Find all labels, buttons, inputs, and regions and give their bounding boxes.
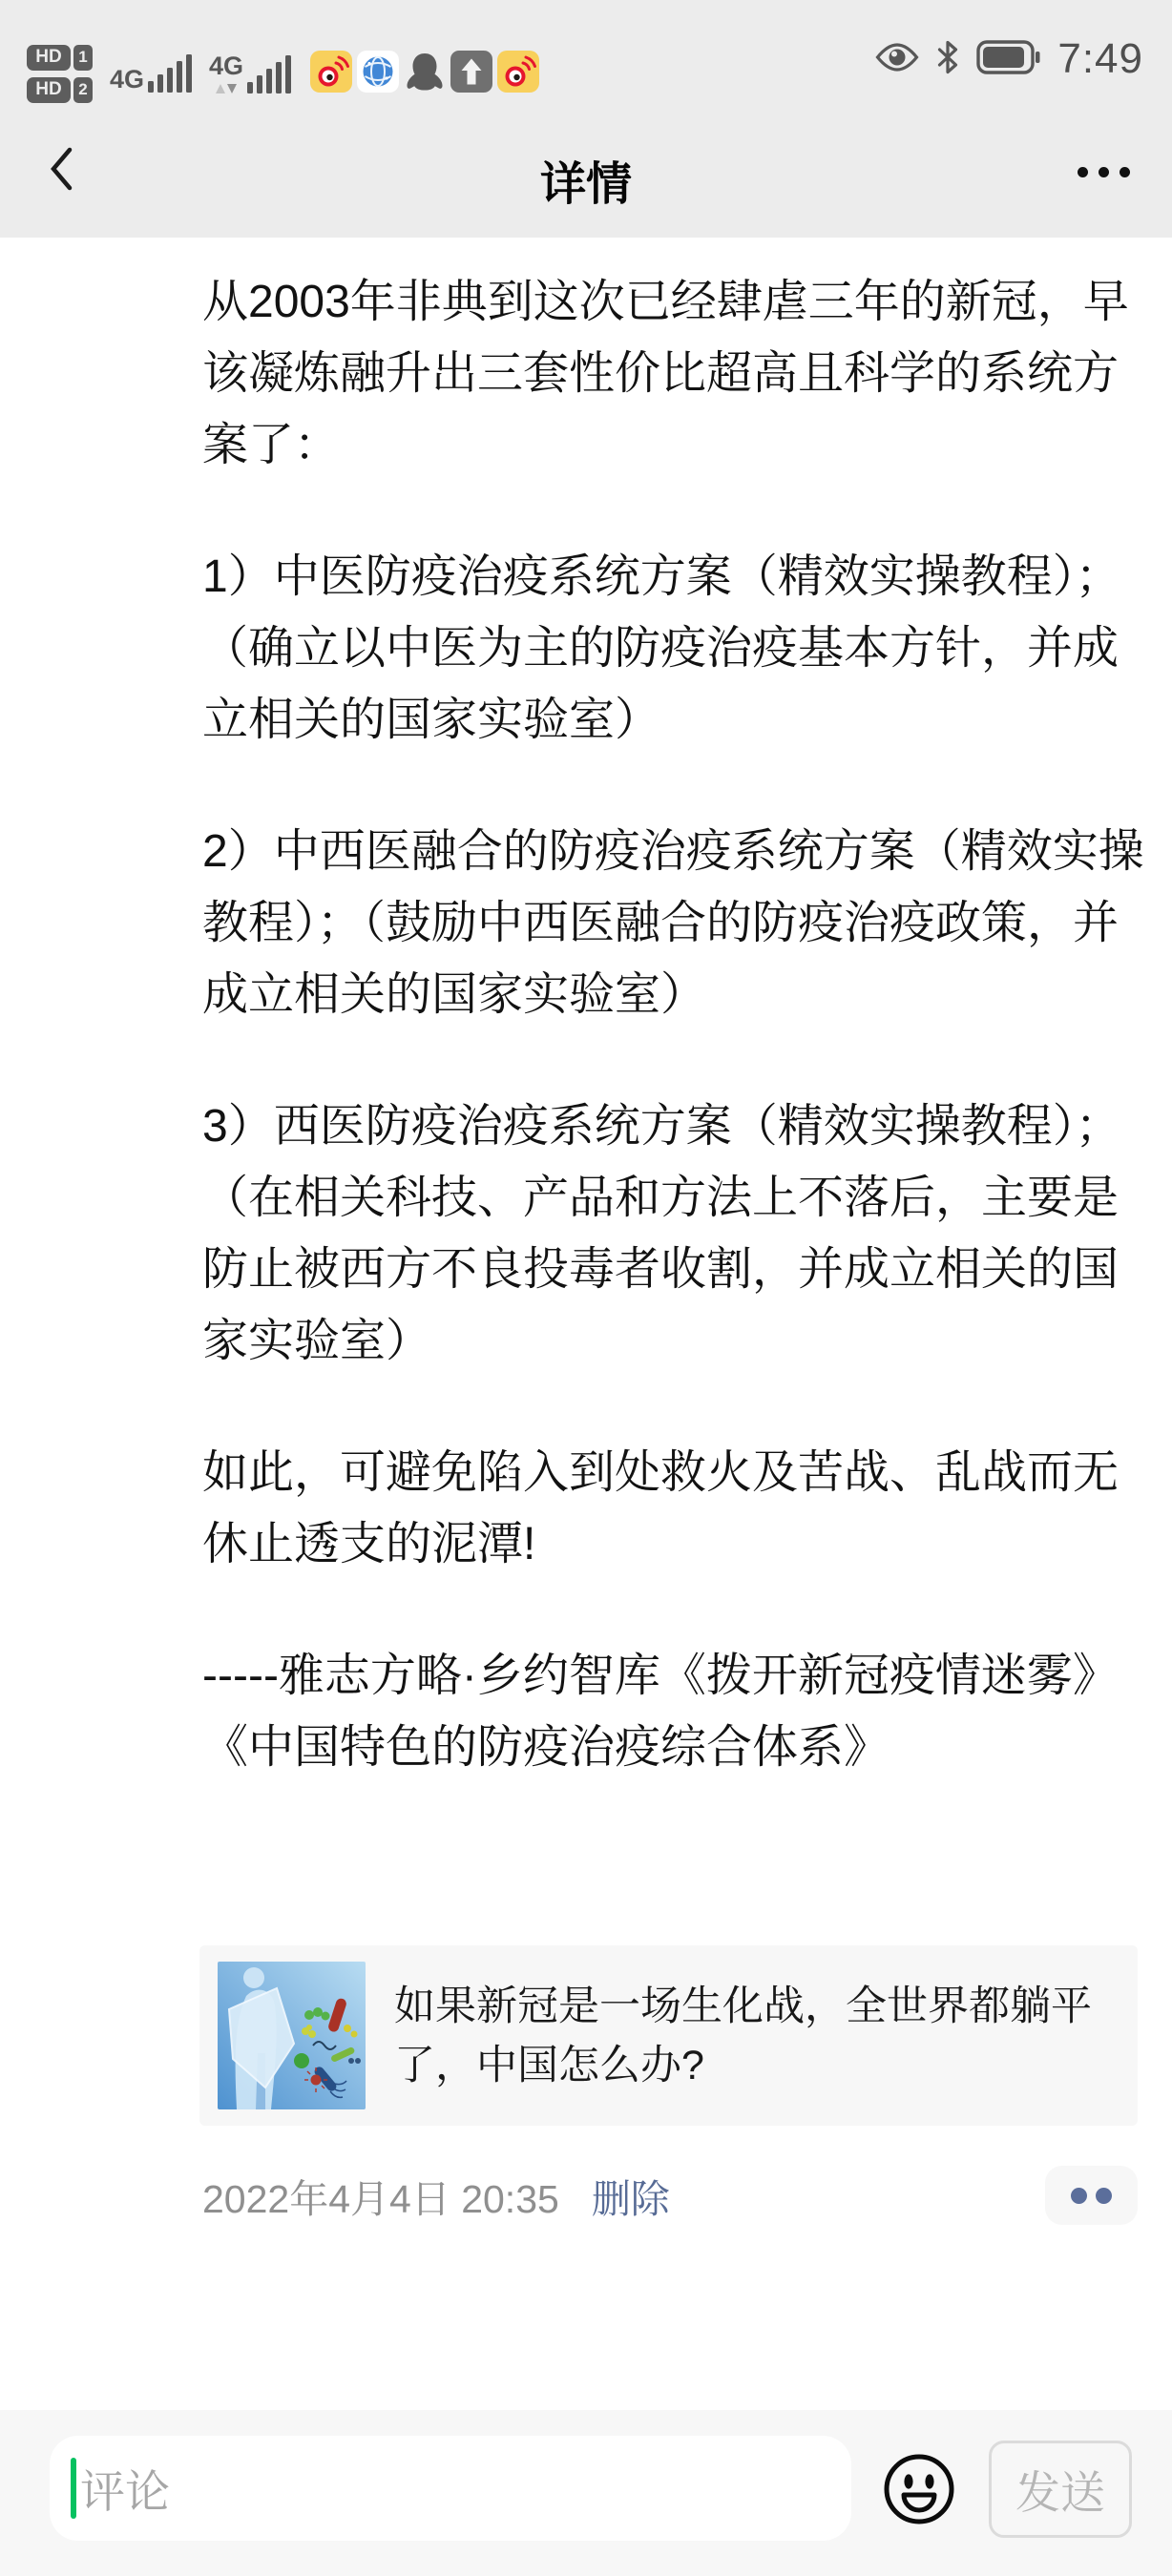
delete-link[interactable]: 删除 (592, 2168, 670, 2224)
weibo-icon (497, 51, 539, 97)
two-dots-icon (1096, 2188, 1112, 2204)
nav-bar: 详情 (0, 124, 1172, 216)
hd-icon: HD (27, 45, 71, 71)
status-bar-left: HD 1 HD 2 4G 4G (27, 29, 539, 118)
hd1-badge: HD 1 (27, 45, 93, 71)
network-type-label: 4G (110, 67, 144, 93)
card-title: 如果新冠是一场生化战，全世界都躺平了，中国怎么办? (394, 1977, 1105, 2095)
link-card[interactable]: 如果新冠是一场生化战，全世界都躺平了，中国怎么办? (199, 1945, 1138, 2126)
smiley-icon (880, 2516, 958, 2532)
wechat-detail-screen: HD 1 HD 2 4G 4G (0, 0, 1172, 2576)
status-time: 7:49 (1057, 35, 1143, 83)
signal-bars-icon (148, 54, 192, 93)
weibo-icon (310, 51, 352, 97)
post-text: 从2003年非典到这次已经肆虐三年的新冠，早该凝炼融升出三套性价比超高且科学的系… (202, 266, 1149, 1843)
hd-icon: HD (27, 77, 71, 103)
more-dots-icon (1120, 167, 1130, 177)
post-paragraph: 2）中西医融合的防疫治疫系统方案（精效实操教程）；（鼓励中西医融合的防疫治疫政策… (202, 816, 1149, 1030)
page-title: 详情 (0, 147, 1172, 213)
more-dots-icon (1078, 167, 1088, 177)
comment-input[interactable]: 评论 (50, 2436, 851, 2541)
upload-arrow-icon (450, 51, 492, 97)
more-button[interactable] (1078, 162, 1130, 181)
eye-protection-icon (875, 42, 919, 77)
card-thumbnail (218, 1962, 366, 2109)
post-paragraph: -----雅志方略·乡约智库《拨开新冠疫情迷雾》《中国特色的防疫治疫综合体系》 (202, 1640, 1149, 1783)
meta-row: 2022年4月4日 20:35 删除 (202, 2166, 1138, 2225)
text-caret (71, 2458, 76, 2519)
sim2-number: 2 (73, 77, 93, 103)
signal-bars-icon (247, 55, 291, 93)
browser-globe-icon (357, 51, 399, 97)
two-dots-icon (1071, 2188, 1087, 2204)
post-paragraph: 从2003年非典到这次已经肆虐三年的新冠，早该凝炼融升出三套性价比超高且科学的系… (202, 266, 1149, 481)
qq-icon (404, 51, 446, 97)
more-dots-icon (1099, 167, 1109, 177)
send-button[interactable]: 发送 (989, 2441, 1132, 2538)
post-paragraph: 3）西医防疫治疫系统方案（精效实操教程）；（在相关科技、产品和方法上不落后，主要… (202, 1091, 1149, 1377)
post-paragraph: 如此，可避免陷入到处救火及苦战、乱战而无休止透支的泥潭! (202, 1437, 1149, 1580)
hd-badges: HD 1 HD 2 (27, 45, 93, 103)
status-bar-right: 7:49 (875, 38, 1143, 80)
data-updown-arrows-icon (216, 82, 237, 93)
signal-4g-secondary: 4G (209, 53, 291, 93)
battery-icon (976, 39, 1041, 80)
emoji-button[interactable] (880, 2450, 958, 2528)
hd2-badge: HD 2 (27, 77, 93, 103)
sim1-number: 1 (73, 45, 93, 71)
signal-4g-primary: 4G (110, 54, 192, 93)
comment-actions-button[interactable] (1045, 2166, 1138, 2225)
notification-icons (310, 51, 539, 97)
composer: 评论 发送 (0, 2410, 1172, 2576)
bluetooth-icon (935, 38, 960, 81)
post-date: 2022年4月4日 20:35 (202, 2168, 559, 2224)
network-type-label: 4G (209, 53, 243, 79)
post-paragraph: 1）中医防疫治疫系统方案（精效实操教程）；（确立以中医为主的防疫治疫基本方针，并… (202, 541, 1149, 756)
comment-placeholder: 评论 (80, 2457, 170, 2521)
header: HD 1 HD 2 4G 4G (0, 0, 1172, 238)
